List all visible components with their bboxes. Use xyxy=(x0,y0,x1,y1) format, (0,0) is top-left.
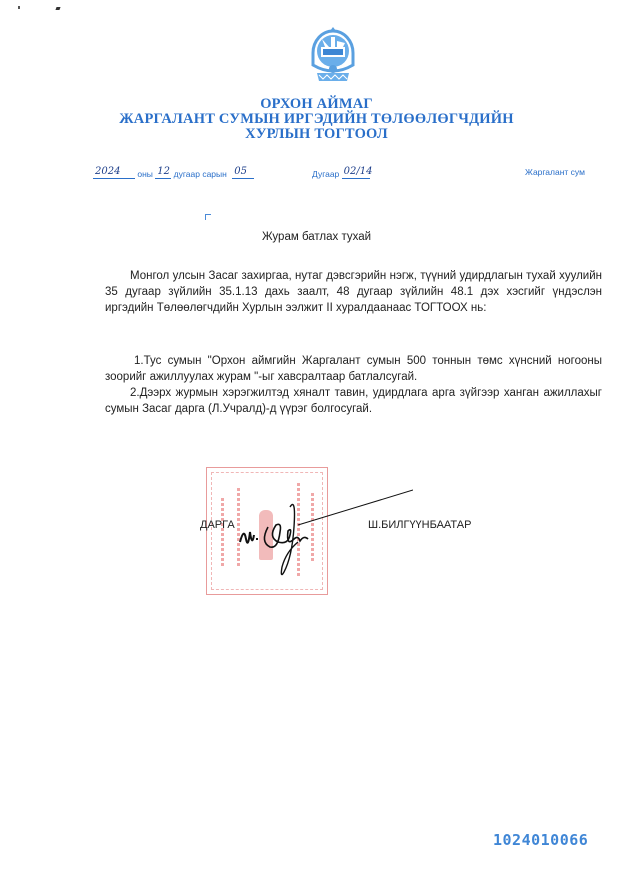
number-label: Дугаар xyxy=(312,169,339,179)
seal-script xyxy=(221,498,224,568)
header-council: ЖАРГАЛАНТ СУМЫН ИРГЭДИЙН ТӨЛӨӨЛӨГЧДИЙН xyxy=(0,112,633,127)
header-resolution: ХУРЛЫН ТОГТООЛ xyxy=(0,127,633,142)
place: Жаргалант сум xyxy=(525,167,585,177)
number-blank: 02/14 xyxy=(342,167,370,179)
year-blank: 2024 xyxy=(93,167,135,179)
number-handwritten: 02/14 xyxy=(344,166,373,178)
year-suffix: оны xyxy=(137,169,153,179)
resolution-item-1: 1.Тус сумын "Орхон аймгийн Жаргалант сум… xyxy=(105,353,602,385)
state-emblem-icon xyxy=(307,25,359,83)
document-title: Журам батлах тухай xyxy=(0,231,633,243)
day-handwritten: 05 xyxy=(234,166,247,178)
resolution-item-2: 2.Дээрх журмын хэрэгжилтэд хяналт тавин,… xyxy=(105,385,602,417)
registration-number: 1024010066 xyxy=(493,831,588,849)
corner-mark xyxy=(205,214,211,220)
signer-position: ДАРГА xyxy=(200,519,235,531)
number-field: Дугаар 02/14 xyxy=(312,167,370,179)
month-suffix: дугаар сарын xyxy=(174,169,227,179)
scan-speck xyxy=(55,7,60,10)
month-blank: 12 xyxy=(155,167,171,179)
year-handwritten: 2024 xyxy=(95,166,120,178)
preamble-paragraph: Монгол улсын Засаг захиргаа, нутаг дэвсг… xyxy=(105,268,602,316)
date-field: 2024 оны 12 дугаар сарын 05 xyxy=(93,167,254,179)
header-aimag: ОРХОН АЙМАГ xyxy=(0,97,633,112)
day-blank: 05 xyxy=(232,167,254,179)
month-handwritten: 12 xyxy=(157,166,170,178)
handwritten-signature-icon xyxy=(238,487,413,587)
scan-speck xyxy=(18,6,20,9)
